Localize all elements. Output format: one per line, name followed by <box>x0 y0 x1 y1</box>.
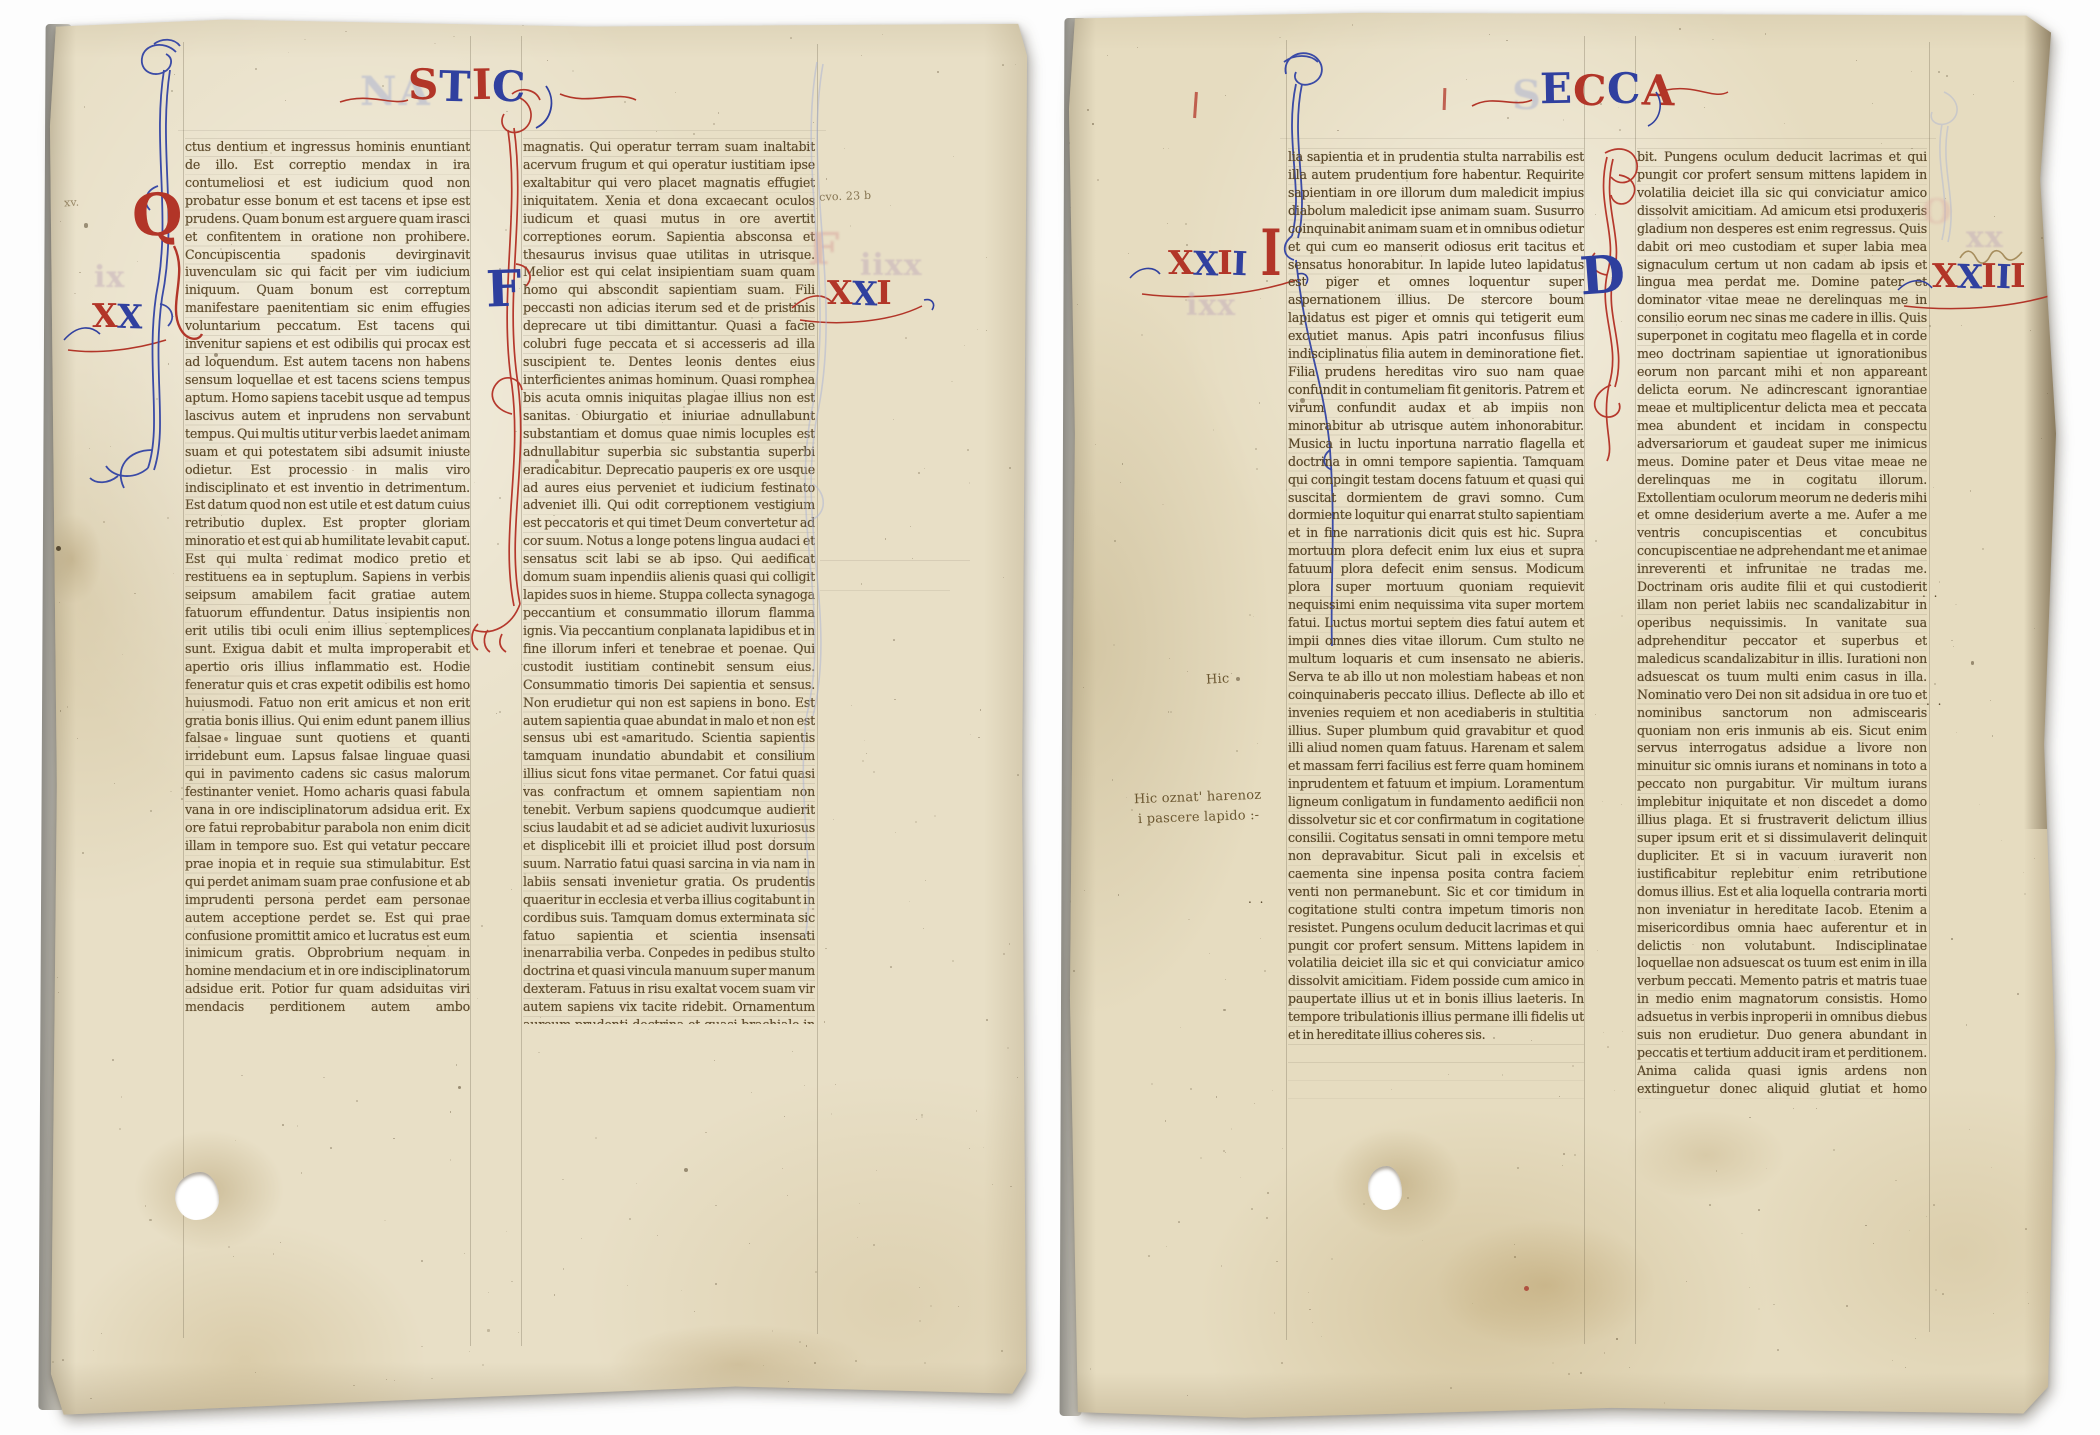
red-speck <box>1524 1286 1529 1291</box>
text-column-3: lia sapientia et in prudentia stulta nar… <box>1288 148 1584 1100</box>
initial-D: D <box>1578 248 1627 303</box>
parchment-stain <box>1626 1110 1786 1200</box>
initial-F: F <box>485 263 522 314</box>
initial-Q: Q <box>131 185 184 246</box>
margin-pencil-note: xv. <box>64 195 80 209</box>
margin-dots: . . <box>1922 586 1939 600</box>
manuscript-leaf-right: S ECCA I XXII <box>1066 10 2058 1422</box>
parchment-left: NA STIC xv. XX ix <box>48 14 1030 1416</box>
numeral-swash-icon <box>1896 268 2096 312</box>
page-edge-shadow <box>2024 10 2058 829</box>
margin-note-gloss-line2: i pascere lapido :- <box>1138 808 1260 827</box>
ink-speck <box>56 546 61 551</box>
parchment-right: S ECCA I XXII <box>1066 10 2058 1422</box>
parchment-stain <box>42 514 102 604</box>
margin-dots: . . <box>1248 892 1265 906</box>
ghost-numeral: ixx <box>1186 288 1236 323</box>
header-swash-icon <box>1470 82 1730 132</box>
margin-dots: . . <box>1926 694 1943 708</box>
manuscript-photo: NA STIC xv. XX ix <box>0 0 2100 1435</box>
parchment-stain <box>608 1324 868 1404</box>
quire-mark <box>1443 88 1446 110</box>
quire-mark <box>1193 92 1198 118</box>
text-column-1: ctus dentium et ingressus hominis enunti… <box>185 138 470 1016</box>
parchment-stain <box>1436 1220 1656 1350</box>
manuscript-leaf-left: NA STIC xv. XX ix <box>48 14 1030 1416</box>
margin-note-hic: Hic <box>1206 671 1230 687</box>
showthrough-flourish <box>783 54 863 954</box>
penwork-flourish-red-gutter <box>456 84 586 664</box>
parchment-hole <box>175 1172 219 1220</box>
parchment-hole <box>1368 1166 1402 1210</box>
margin-note-gloss-line1: Hic oznat' harenoz <box>1134 788 1262 807</box>
showthrough-initial: O <box>1922 192 1952 232</box>
